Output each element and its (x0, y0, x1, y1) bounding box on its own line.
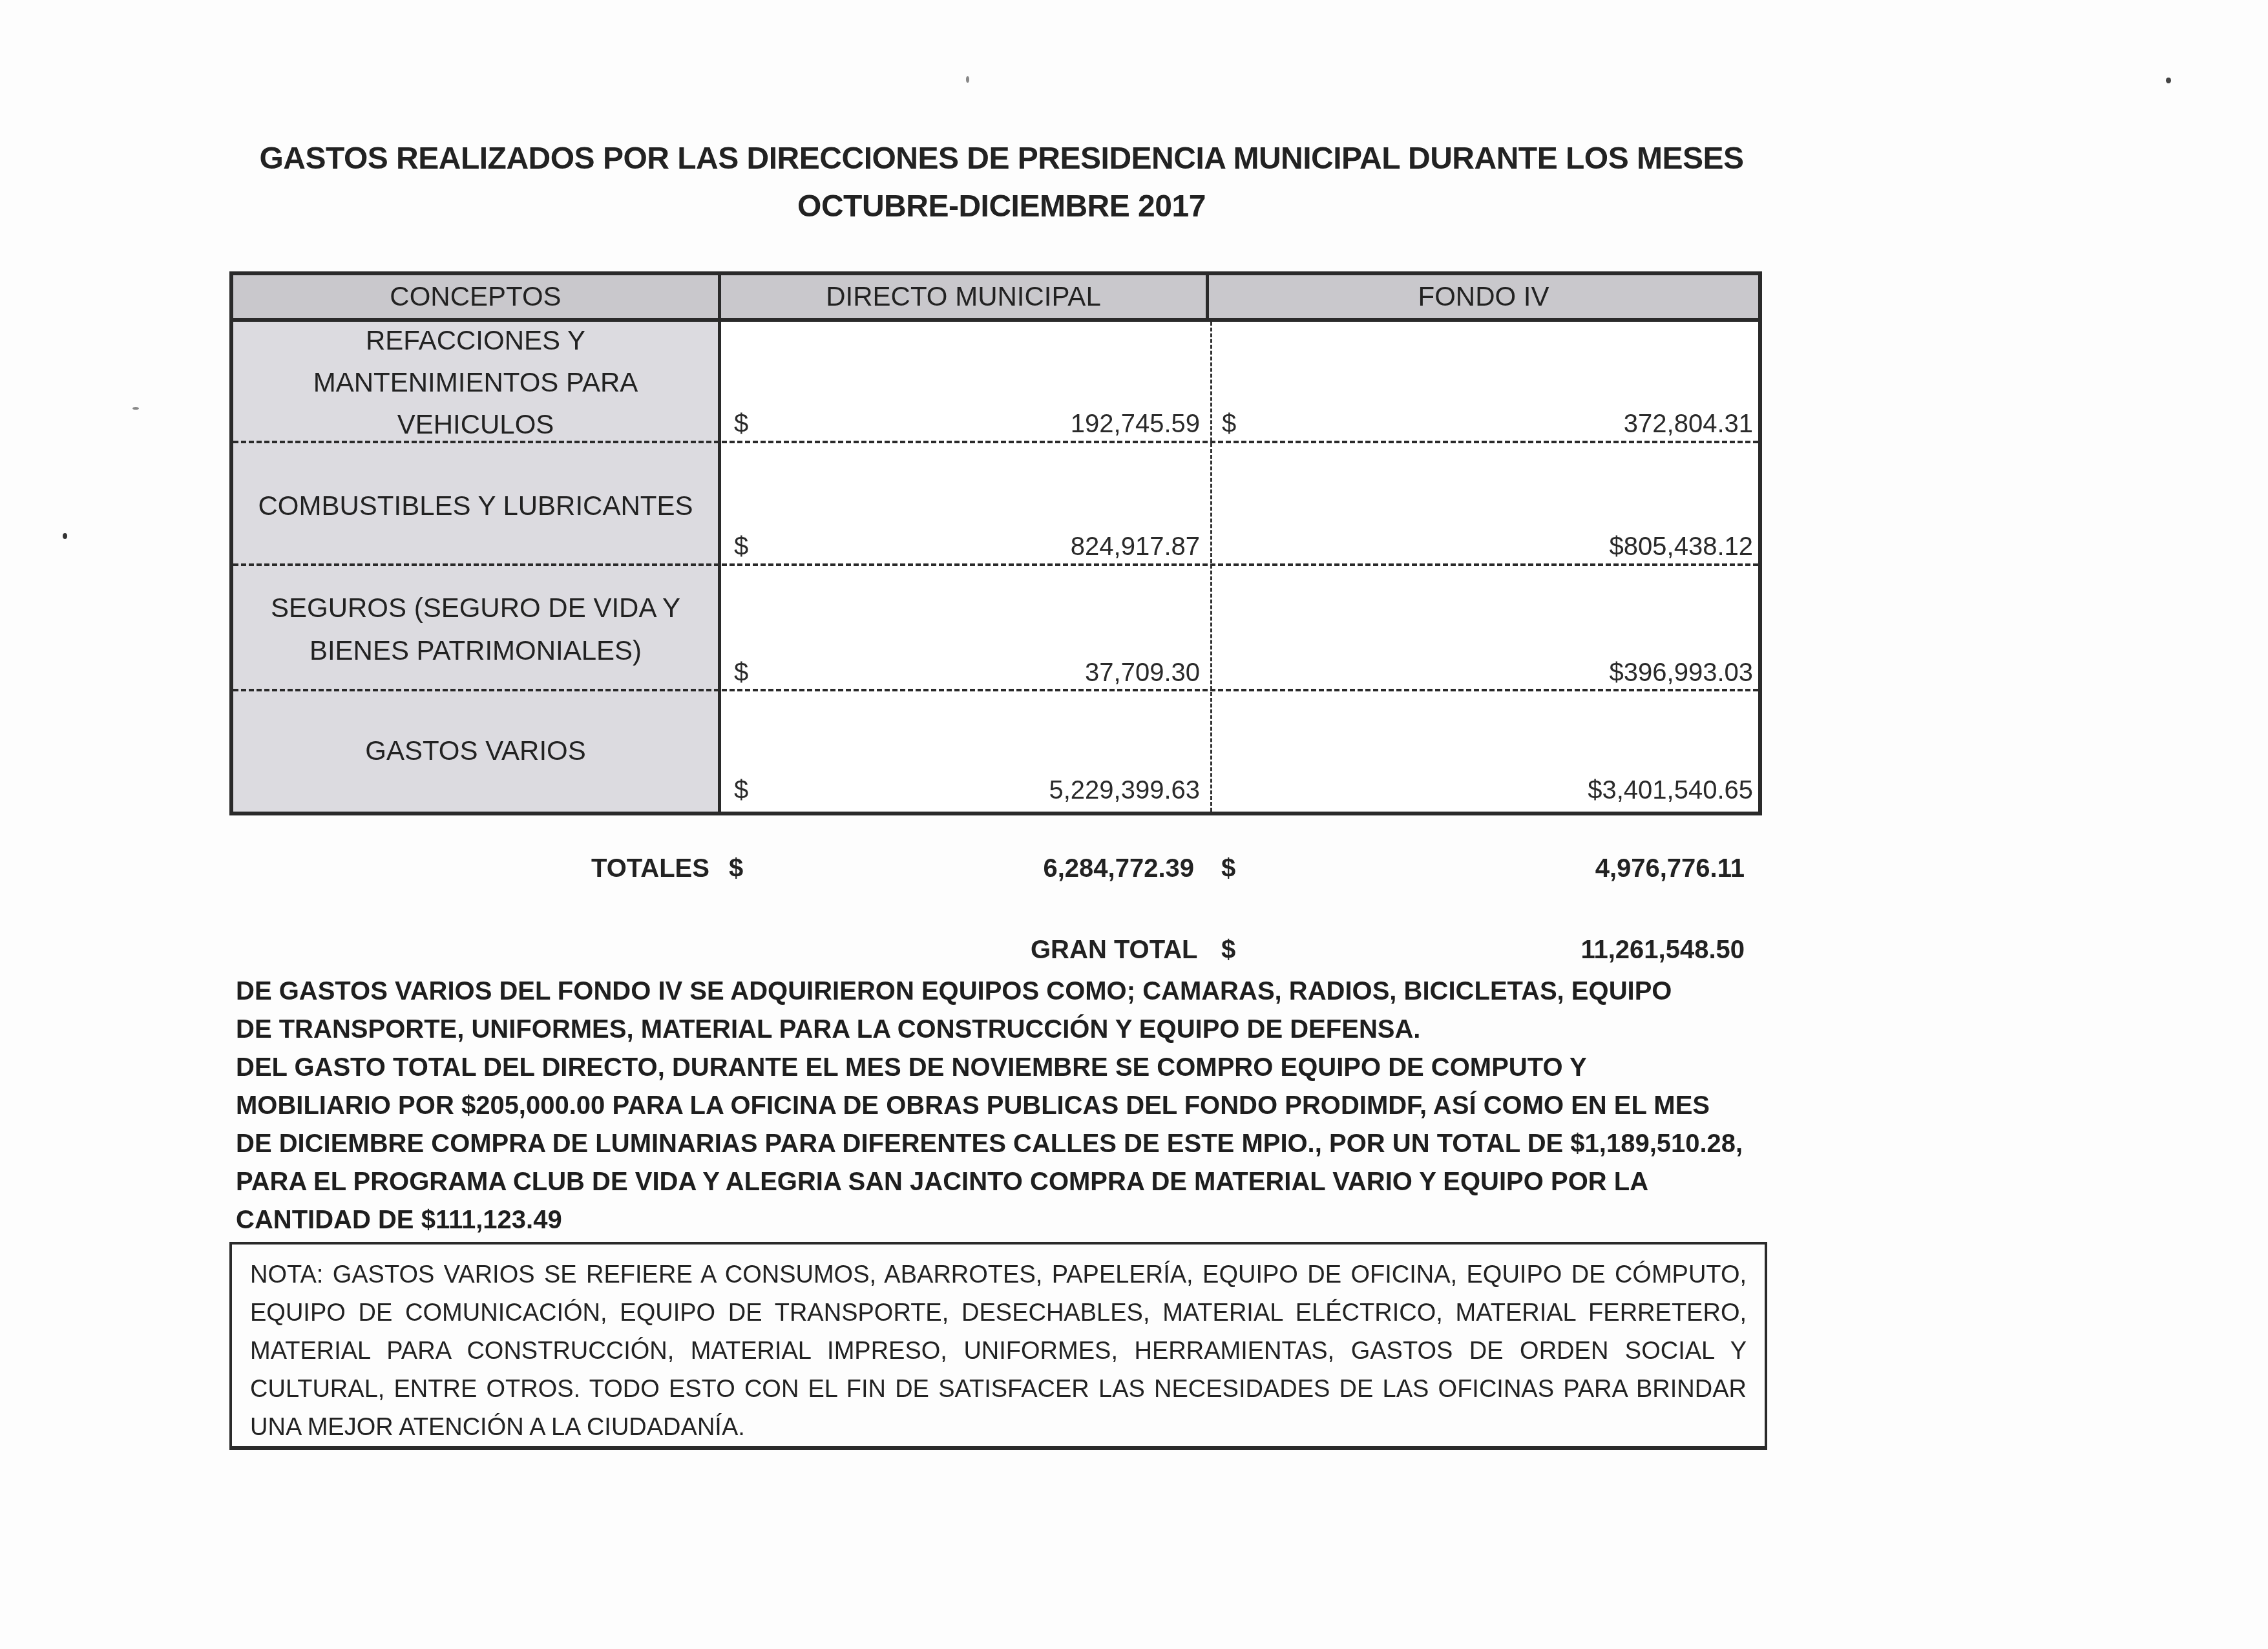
row-1-fondo-amount: 372,804.31 (1396, 408, 1753, 440)
expenses-table: CONCEPTOS DIRECTO MUNICIPAL FONDO IV REF… (229, 271, 1762, 815)
concept-row-1-line-3: VEHICULOS (233, 403, 718, 446)
totals-fondo-currency: $ (1221, 854, 1235, 883)
row-1-directo-currency: $ (734, 408, 748, 440)
row-4-fondo-amount: $3,401,540.65 (1396, 774, 1753, 806)
document-subtitle-period: OCTUBRE-DICIEMBRE 2017 (0, 189, 2003, 224)
totals-fondo-amount: 4,976,776.11 (1422, 854, 1745, 883)
row-4-directo-currency: $ (734, 774, 748, 806)
header-fondo-iv: FONDO IV (1209, 275, 1758, 318)
grand-total-label: GRAN TOTAL (1031, 936, 1198, 965)
concept-row-1-line-2: MANTENIMIENTOS PARA (233, 361, 718, 404)
scan-speck (2166, 78, 2171, 83)
row-1-directo-amount: 192,745.59 (879, 408, 1200, 440)
row-4-directo-amount: 5,229,399.63 (879, 774, 1200, 806)
document-title: GASTOS REALIZADOS POR LAS DIRECCIONES DE… (0, 141, 2003, 176)
table-header: CONCEPTOS DIRECTO MUNICIPAL FONDO IV (233, 275, 1758, 322)
header-conceptos: CONCEPTOS (233, 275, 718, 318)
row-separator (233, 689, 1758, 691)
scan-speck (966, 76, 969, 83)
grand-total-currency: $ (1221, 936, 1235, 965)
row-1-fondo-currency: $ (1222, 408, 1236, 440)
paragraph-fondo-iv: DE GASTOS VARIOS DEL FONDO IV SE ADQUIRI… (236, 972, 1683, 1049)
row-3-fondo-amount: $396,993.03 (1396, 656, 1753, 689)
totals-directo-currency: $ (729, 854, 743, 883)
concept-row-3-line-2: BIENES PATRIMONIALES) (233, 629, 718, 672)
scan-speck (63, 533, 67, 539)
concept-row-2-line-1: COMBUSTIBLES Y LUBRICANTES (233, 485, 718, 527)
row-separator (233, 563, 1758, 566)
row-3-directo-currency: $ (734, 656, 748, 689)
concept-row-4-line-1: GASTOS VARIOS (233, 730, 718, 772)
scan-speck (132, 407, 139, 410)
row-2-fondo-amount: $805,438.12 (1396, 530, 1753, 563)
row-3-directo-amount: 37,709.30 (879, 656, 1200, 689)
concept-row-1-line-1: REFACCIONES Y (233, 319, 718, 362)
paragraph-directo: DEL GASTO TOTAL DEL DIRECTO, DURANTE EL … (236, 1049, 1748, 1239)
totals-label: TOTALES (591, 854, 709, 883)
row-2-directo-currency: $ (734, 530, 748, 563)
note-box: NOTA: GASTOS VARIOS SE REFIERE A CONSUMO… (229, 1242, 1767, 1450)
row-2-directo-amount: 824,917.87 (879, 530, 1200, 563)
concept-row-3-line-1: SEGUROS (SEGURO DE VIDA Y (233, 587, 718, 629)
totals-directo-amount: 6,284,772.39 (905, 854, 1194, 883)
column-divider (1210, 322, 1212, 812)
row-separator (233, 441, 1758, 443)
header-directo-municipal: DIRECTO MUNICIPAL (721, 275, 1206, 318)
explanatory-text: DE GASTOS VARIOS DEL FONDO IV SE ADQUIRI… (236, 972, 1787, 1239)
grand-total-amount: 11,261,548.50 (1422, 936, 1745, 965)
